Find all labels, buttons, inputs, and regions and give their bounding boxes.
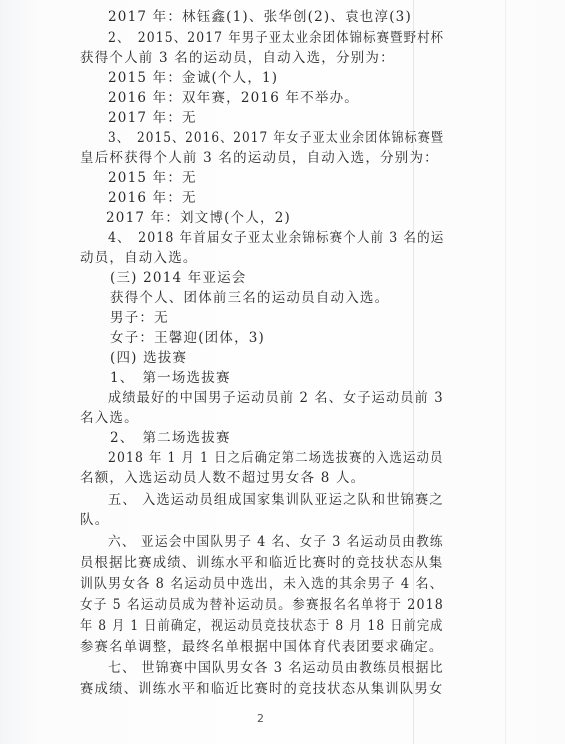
scan-edge-line xyxy=(505,0,506,744)
text-line: 皇后杯获得个人前 3 名的运动员，自动入选，分别为： xyxy=(80,148,439,168)
text-line: 4、 2018 年首届女子亚太业余锦标赛个人前 3 名的运 xyxy=(108,228,444,248)
text-line: 获得个人、团体前三名的运动员自动入选。 xyxy=(110,288,389,308)
text-line: 七、 世锦赛中国队男女各 3 名运动员由教练员根据比 xyxy=(108,658,444,678)
text-line: 2017 年：林钰鑫(1)、张华创(2)、袁也淳(3) xyxy=(108,7,412,27)
document-page: 2017 年：林钰鑫(1)、张华创(2)、袁也淳(3) 2、 2015、2017… xyxy=(0,0,565,744)
text-line: 女子：王馨迎(团体，3) xyxy=(110,328,265,348)
text-line: 参赛名单调整，最终名单根据中国体育代表团要求确定。 xyxy=(80,637,443,657)
text-line: 2017 年：无 xyxy=(108,108,197,128)
text-line: 五、 入选运动员组成国家集训队亚运之队和世锦赛之 xyxy=(108,490,444,510)
text-line: 成绩最好的中国男子运动员前 2 名、女子运动员前 3 xyxy=(108,388,444,408)
text-line: 名入选。 xyxy=(80,408,139,428)
text-line: 女子 5 名运动员成为替补运动员。参赛报名名单将于 2018 xyxy=(80,595,444,615)
text-line: 员根据比赛成绩、训练水平和临近比赛时的竞技状态从集 xyxy=(80,553,443,573)
text-line: 六、 亚运会中国队男子 4 名、女子 3 名运动员由教练 xyxy=(108,532,444,552)
text-line: 赛成绩、训练水平和临近比赛时的竞技状态从集训队男女 xyxy=(80,679,443,699)
text-line: 队。 xyxy=(80,510,109,530)
text-line: 3、 2015、2016、2017 年女子亚太业余团体锦标赛暨 xyxy=(108,128,444,148)
text-line: 年 8 月 1 日前确定，视运动员竞技状态于 8 月 18 日前完成 xyxy=(80,616,443,636)
section-heading: (四) 选拔赛 xyxy=(110,348,187,368)
text-line: 2015 年：无 xyxy=(108,168,197,188)
text-line: 1、 第一场选拔赛 xyxy=(110,368,231,388)
text-line: 2016 年：无 xyxy=(108,188,197,208)
text-line: 训队男女各 8 名运动员中选出，未入选的其余男子 4 名、 xyxy=(80,574,444,594)
text-line: 2017 年：刘文博(个人，2) xyxy=(106,208,291,228)
text-line: 男子：无 xyxy=(110,308,169,328)
section-heading: (三) 2014 年亚运会 xyxy=(110,268,247,288)
text-line: 2、 2015、2017 年男子亚太业余团体锦标赛暨野村杯 xyxy=(108,28,444,48)
text-line: 名额，入选运动员人数不超过男女各 8 人。 xyxy=(80,468,365,488)
text-line: 获得个人前 3 名的运动员，自动入选，分别为： xyxy=(80,48,395,68)
page-number: 2 xyxy=(257,712,264,725)
text-line: 动员，自动入选。 xyxy=(80,248,198,268)
text-line: 2018 年 1 月 1 日之后确定第二场选拔赛的入选运动员 xyxy=(108,448,444,468)
text-line: 2016 年：双年赛，2016 年不举办。 xyxy=(108,88,359,108)
text-line: 2、 第二场选拔赛 xyxy=(110,428,231,448)
text-line: 2015 年：金诚(个人，1) xyxy=(108,68,278,88)
